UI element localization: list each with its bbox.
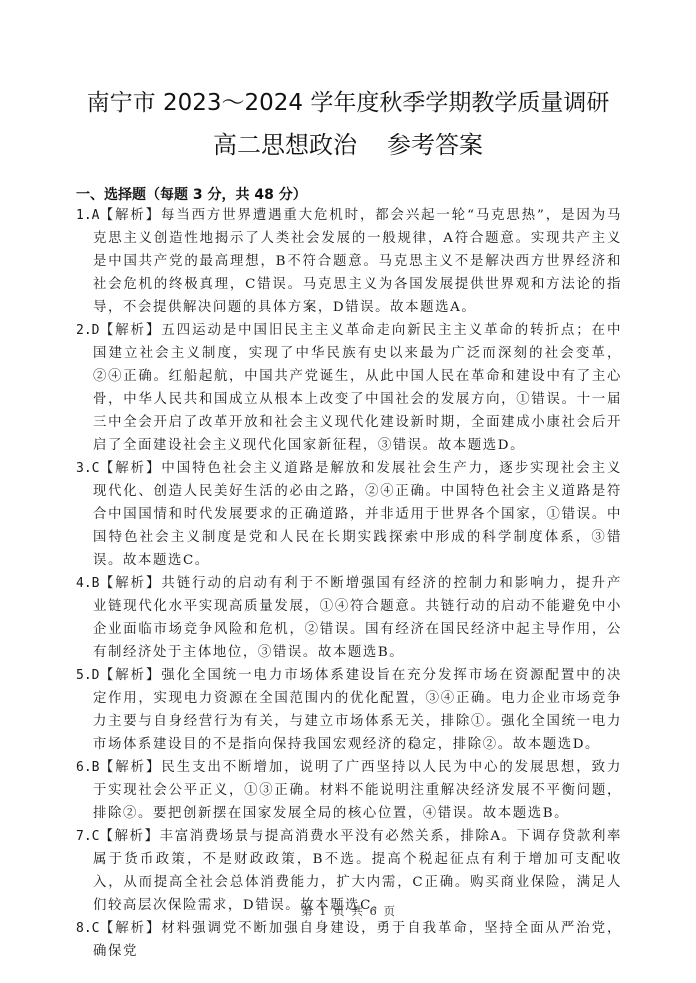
analysis-tag: 【解析】: [99, 760, 161, 775]
answer-item-4: 4.B【解析】共链行动的启动有利于不断增强国有经济的控制力和影响力，提升产业链现…: [76, 572, 622, 664]
analysis-text: 中国特色社会主义道路是解放和发展社会生产力，逐步实现社会主义现代化、创造人民美好…: [93, 461, 622, 568]
analysis-text: 共链行动的启动有利于不断增强国有经济的控制力和影响力，提升产业链现代化水平实现高…: [93, 576, 622, 660]
answer-number: 8.C: [76, 921, 99, 936]
document-title: 南宁市 2023～2024 学年度秋季学期教学质量调研: [0, 84, 696, 117]
analysis-tag: 【解析】: [99, 208, 161, 223]
analysis-text: 每当西方世界遭遇重大危机时，都会兴起一轮“马克思热”，是因为马克思主义创造性地揭…: [93, 208, 622, 315]
answer-number: 1.A: [76, 208, 99, 223]
analysis-text: 丰富消费场景与提高消费水平没有必然关系，排除A。下调存贷款利率属于货币政策，不是…: [93, 829, 622, 913]
analysis-tag: 【解析】: [99, 323, 161, 338]
analysis-text: 强化全国统一电力市场体系建设旨在充分发挥市场在资源配置中的决定作用，实现电力资源…: [93, 668, 622, 752]
document-subtitle: 高二思想政治参考答案: [0, 125, 696, 160]
section-heading: 一、选择题（每题 3 分，共 48 分）: [76, 184, 307, 204]
analysis-text: 民生支出不断增加，说明了广西坚持以人民为中心的发展思想，致力于实现社会公平正义，…: [93, 760, 622, 821]
analysis-tag: 【解析】: [99, 668, 161, 683]
answer-item-2: 2.D【解析】五四运动是中国旧民主主义革命走向新民主主义革命的转折点；在中国建立…: [76, 319, 622, 457]
analysis-tag: 【解析】: [99, 829, 159, 844]
analysis-tag: 【解析】: [99, 921, 161, 936]
analysis-text: 五四运动是中国旧民主主义革命走向新民主主义革命的转折点；在中国建立社会主义制度，…: [93, 323, 622, 453]
answer-item-1: 1.A【解析】每当西方世界遭遇重大危机时，都会兴起一轮“马克思热”，是因为马克思…: [76, 204, 622, 319]
analysis-text: 材料强调党不断加强自身建设，勇于自我革命，坚持全面从严治党，确保党: [93, 921, 622, 959]
answer-number: 4.B: [76, 576, 99, 591]
answer-key-label: 参考答案: [387, 131, 483, 159]
answer-list: 1.A【解析】每当西方世界遭遇重大危机时，都会兴起一轮“马克思热”，是因为马克思…: [76, 204, 622, 963]
answer-item-6: 6.B【解析】民生支出不断增加，说明了广西坚持以人民为中心的发展思想，致力于实现…: [76, 756, 622, 825]
analysis-tag: 【解析】: [99, 576, 161, 591]
answer-number: 7.C: [76, 829, 99, 844]
answer-item-8: 8.C【解析】材料强调党不断加强自身建设，勇于自我革命，坚持全面从严治党，确保党: [76, 917, 622, 963]
answer-item-5: 5.D【解析】强化全国统一电力市场体系建设旨在充分发挥市场在资源配置中的决定作用…: [76, 664, 622, 756]
answer-number: 6.B: [76, 760, 99, 775]
subject-label: 高二思想政治: [213, 131, 357, 159]
answer-number: 2.D: [76, 323, 99, 338]
answer-item-3: 3.C【解析】中国特色社会主义道路是解放和发展社会生产力，逐步实现社会主义现代化…: [76, 457, 622, 572]
answer-number: 5.D: [76, 668, 99, 683]
analysis-tag: 【解析】: [99, 461, 161, 476]
page-number: 第 1 页 共 6 页: [0, 903, 696, 919]
answer-number: 3.C: [76, 461, 99, 476]
